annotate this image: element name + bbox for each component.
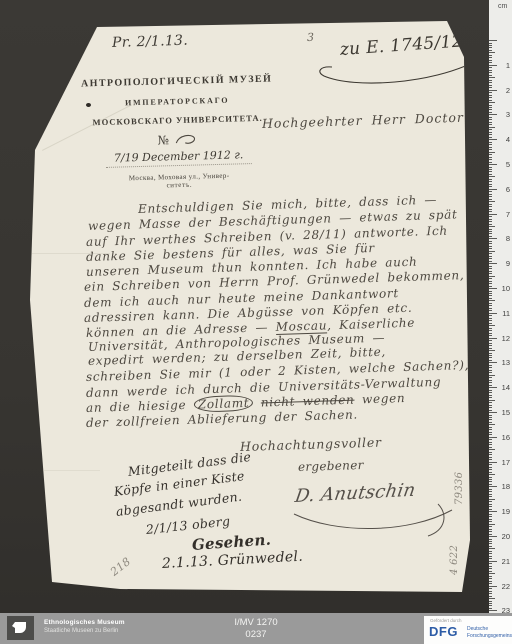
number-label: № (157, 133, 169, 147)
letter-line-text: , Kaiserliche (327, 316, 415, 333)
funding-org-line2: Forschungsgemeinschaft (467, 633, 512, 640)
valediction-1: Hochachtungsvoller (240, 437, 382, 454)
letter-line-text: wegen (354, 391, 405, 407)
funding-org-name: Deutsche Forschungsgemeinschaft (467, 626, 512, 639)
received-date-note: Pr. 2/1.13. (112, 34, 188, 50)
scan-viewport: Pr. 2/1.13. 3 zu E. 1745/12 АНТРОПОЛОГИЧ… (0, 0, 512, 644)
struck-words: nicht wenden (261, 393, 355, 410)
funding-logo-box: Gefördert durch DFG Deutsche Forschungsg… (424, 616, 512, 644)
number-squiggle (173, 132, 199, 146)
pencil-mark-margin-lower: 4 622 (450, 545, 460, 575)
footer-bar: Ethnologisches Museum Staatliche Museen … (0, 613, 512, 644)
date-line: 7/19 December 1912 г. (106, 148, 252, 168)
letterhead-line3: МОСКОВСКАГО УНИВЕРСИТЕТА. (78, 112, 278, 127)
pencil-mark-margin-upper: 79336 (455, 472, 465, 505)
dfg-logo: DFG (429, 624, 458, 639)
letter-page: Pr. 2/1.13. 3 zu E. 1745/12 АНТРОПОЛОГИЧ… (0, 0, 512, 644)
crease-line (30, 470, 100, 471)
reference-underline-flourish (314, 56, 482, 90)
pencil-mark-bottom-left: 218 (109, 556, 133, 578)
ruler: cm 1234567891011121314151617181920212223 (489, 0, 512, 618)
letterhead-line2: ИМПЕРАТОРСКАГО (77, 94, 277, 108)
salutation: Hochgeehrter Herr Doctor (262, 112, 464, 131)
funding-label: Gefördert durch (430, 618, 462, 623)
page-number: 3 (307, 32, 315, 43)
circled-word: Zollamt (194, 395, 254, 413)
seen-note-line: 2.1.13. Grünwedel. (162, 550, 304, 571)
letterhead-line1: АНТРОПОЛОГИЧЕСКІЙ МУЗЕЙ (77, 73, 277, 89)
letterhead: АНТРОПОЛОГИЧЕСКІЙ МУЗЕЙ ИМПЕРАТОРСКАГО М… (77, 73, 280, 191)
letterhead-number-row: № (78, 130, 278, 149)
ruler-unit-label: cm (498, 3, 507, 10)
signature-flourish (288, 500, 460, 542)
valediction-2: ergebener (298, 459, 364, 473)
